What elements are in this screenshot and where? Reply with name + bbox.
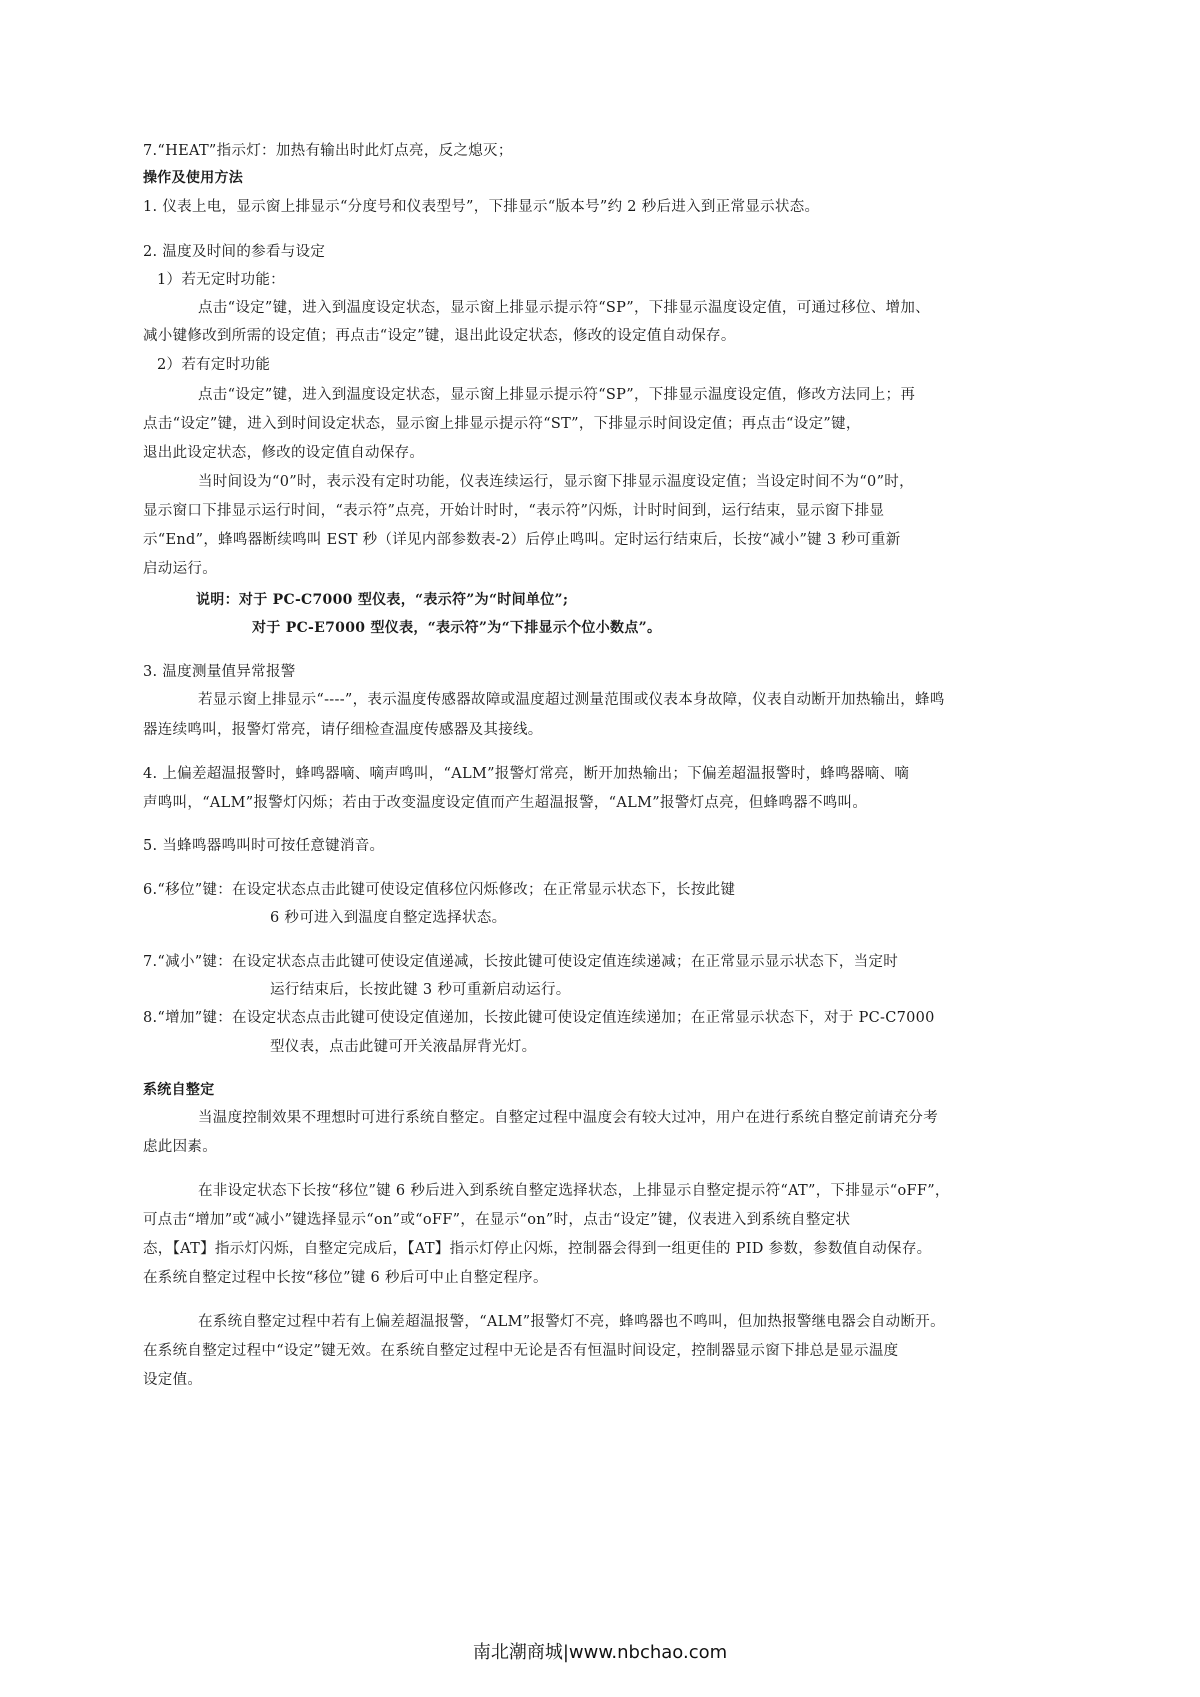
paragraph-line: 显示窗口下排显示运行时间，“表示符”点亮，开始计时时，“表示符”闪烁，计时时间到…	[143, 501, 884, 521]
paragraph-line: 声鸣叫，“ALM”报警灯闪烁；若由于改变温度设定值而产生超温报警，“ALM”报警…	[143, 793, 867, 813]
paragraph-line: 当时间设为“0”时，表示没有定时功能，仪表连续运行，显示窗下排显示温度设定值；当…	[198, 472, 914, 492]
key-description-continued: 运行结束后，长按此键 3 秒可重新启动运行。	[270, 980, 571, 1000]
heat-indicator-line: 7.“HEAT”指示灯：加热有输出时此灯点亮，反之熄灭；	[143, 141, 513, 161]
key-description: 6.“移位”键：在设定状态点击此键可使设定值移位闪烁修改；在正常显示状态下，长按…	[143, 880, 735, 900]
paragraph-line: 1. 仪表上电，显示窗上排显示“分度号和仪表型号”，下排显示“版本号”约 2 秒…	[143, 197, 819, 217]
key-description-continued: 6 秒可进入到温度自整定选择状态。	[270, 908, 506, 928]
paragraph-line: 在系统自整定过程中“设定”键无效。在系统自整定过程中无论是否有恒温时间设定，控制…	[143, 1341, 898, 1361]
paragraph-line: 4. 上偏差超温报警时，蜂鸣器嘀、嘀声鸣叫，“ALM”报警灯常亮，断开加热输出；…	[143, 764, 909, 784]
paragraph-line: 器连续鸣叫，报警灯常亮，请仔细检查温度传感器及其接线。	[143, 720, 543, 740]
note-line: 对于 PC-E7000 型仪表，“表示符”为“下排显示个位小数点”。	[252, 618, 661, 638]
paragraph-line: 在系统自整定过程中长按“移位”键 6 秒后可中止自整定程序。	[143, 1268, 548, 1288]
paragraph-line: 点击“设定”键，进入到温度设定状态，显示窗上排显示提示符“SP”，下排显示温度设…	[198, 385, 915, 405]
key-description: 8.“增加”键：在设定状态点击此键可使设定值递加，长按此键可使设定值连续递加；在…	[143, 1008, 935, 1028]
key-description: 7.“减小”键：在设定状态点击此键可使设定值递减，长按此键可使设定值连续递减；在…	[143, 952, 898, 972]
paragraph-line: 5. 当蜂鸣器鸣叫时可按任意键消音。	[143, 836, 384, 856]
list-item-heading: 2. 温度及时间的参看与设定	[143, 242, 325, 262]
list-item-heading: 3. 温度测量值异常报警	[143, 662, 296, 682]
paragraph-line: 退出此设定状态，修改的设定值自动保存。	[143, 443, 424, 463]
footer-watermark: 南北潮商城|www.nbchao.com	[0, 1638, 1200, 1664]
section-heading-operation: 操作及使用方法	[143, 168, 243, 188]
paragraph-line: 启动运行。	[143, 559, 217, 579]
key-description-continued: 型仪表，点击此键可开关液晶屏背光灯。	[270, 1037, 536, 1057]
note-line: 说明：对于 PC-C7000 型仪表，“表示符”为“时间单位”;	[196, 590, 568, 610]
paragraph-line: 当温度控制效果不理想时可进行系统自整定。自整定过程中温度会有较大过冲，用户在进行…	[198, 1108, 938, 1128]
paragraph-line: 在非设定状态下长按“移位”键 6 秒后进入到系统自整定选择状态，上排显示自整定提…	[198, 1181, 950, 1201]
paragraph-line: 点击“设定”键，进入到温度设定状态，显示窗上排显示提示符“SP”，下排显示温度设…	[198, 298, 930, 318]
paragraph-line: 设定值。	[143, 1370, 202, 1390]
paragraph-line: 态，【AT】指示灯闪烁，自整定完成后，【AT】指示灯停止闪烁，控制器会得到一组更…	[143, 1239, 931, 1259]
paragraph-line: 若显示窗上排显示“----”，表示温度传感器故障或温度超过测量范围或仪表本身故障…	[198, 690, 945, 710]
sub-item-heading: 1）若无定时功能：	[157, 270, 285, 290]
section-heading-autotune: 系统自整定	[143, 1080, 215, 1100]
document-page: 7.“HEAT”指示灯：加热有输出时此灯点亮，反之熄灭； 操作及使用方法 1. …	[0, 0, 1200, 1697]
paragraph-line: 可点击“增加”或“减小”键选择显示“on”或“oFF”，在显示“on”时，点击“…	[143, 1210, 850, 1230]
sub-item-heading: 2）若有定时功能	[157, 355, 270, 375]
paragraph-line: 在系统自整定过程中若有上偏差超温报警，“ALM”报警灯不亮，蜂鸣器也不鸣叫，但加…	[198, 1312, 945, 1332]
paragraph-line: 示“End”，蜂鸣器断续鸣叫 EST 秒（详见内部参数表-2）后停止鸣叫。定时运…	[143, 530, 901, 550]
paragraph-line: 点击“设定”键，进入到时间设定状态，显示窗上排显示提示符“ST”，下排显示时间设…	[143, 414, 861, 434]
paragraph-line: 虑此因素。	[143, 1137, 217, 1157]
paragraph-line: 减小键修改到所需的设定值；再点击“设定”键，退出此设定状态，修改的设定值自动保存…	[143, 326, 736, 346]
